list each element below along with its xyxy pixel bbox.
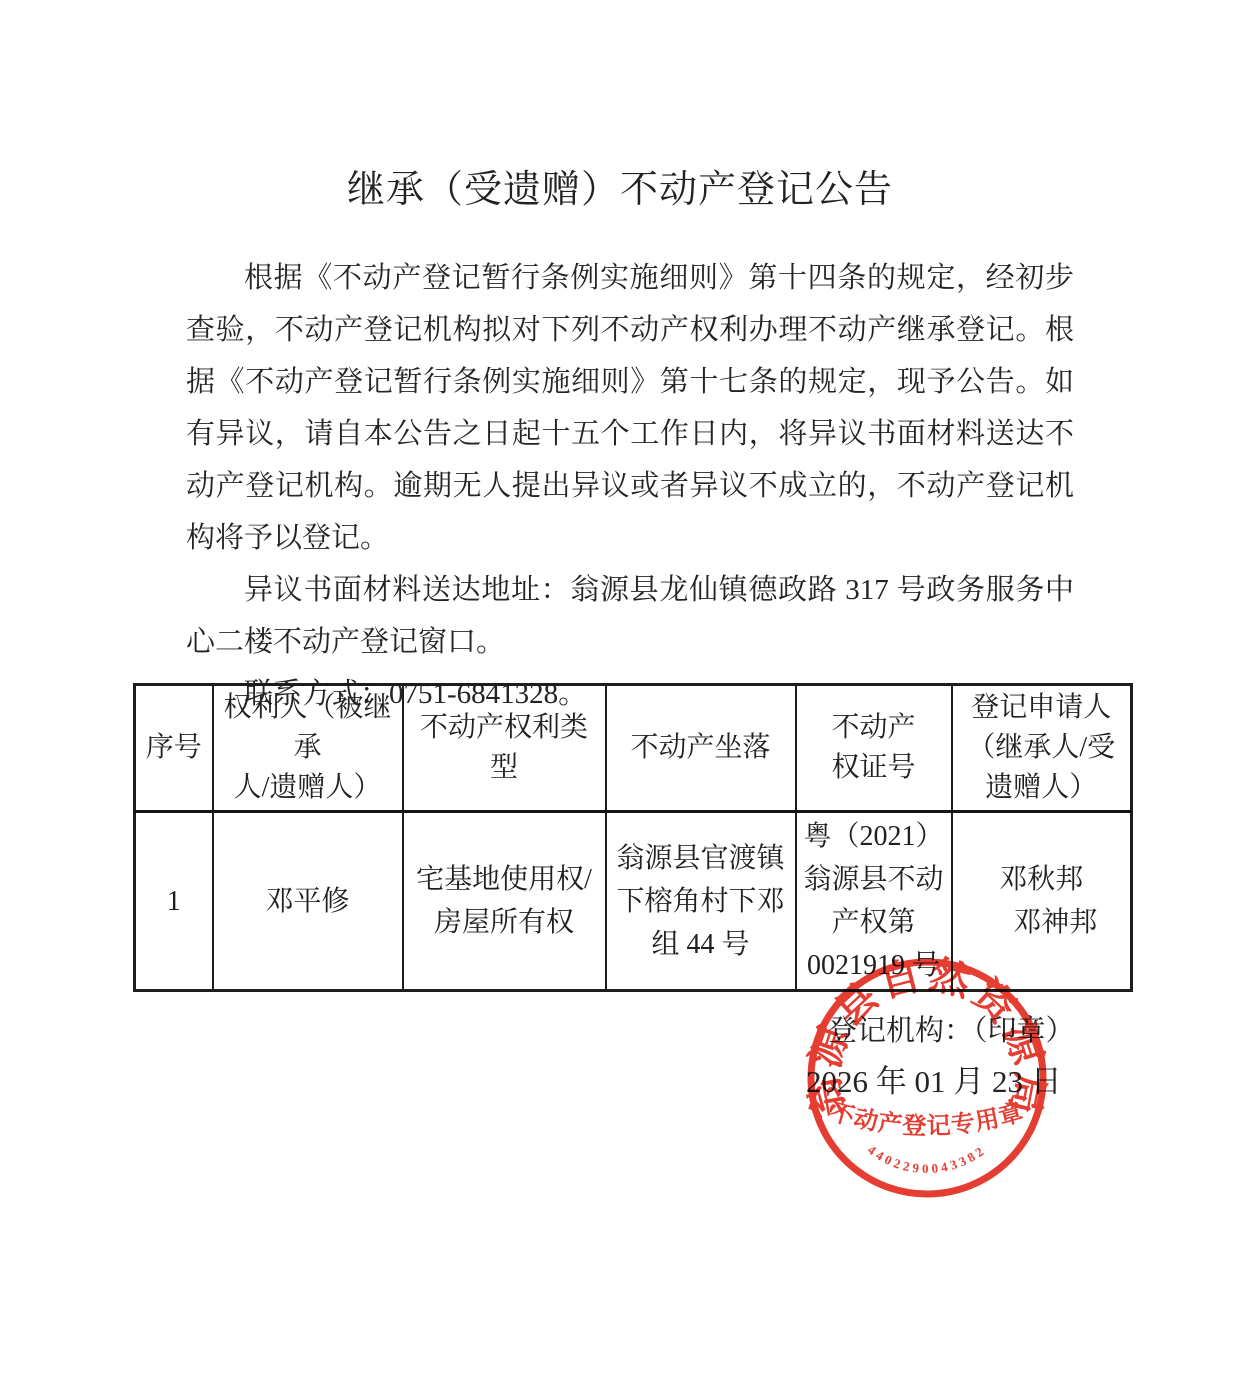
- header-right-type: 不动产权利类型: [403, 685, 606, 812]
- header-applicant: 登记申请人 （继承人/受 遗赠人）: [952, 685, 1132, 812]
- cell-right-holder: 邓平修: [213, 812, 403, 991]
- table-row: 1 邓平修 宅基地使用权/ 房屋所有权 翁源县官渡镇 下榕角村下邓 组 44 号…: [135, 812, 1132, 991]
- header-certificate-number: 不动产 权证号: [796, 685, 952, 812]
- cell-applicant: 邓秋邦 邓神邦: [952, 812, 1132, 991]
- date-line: 2026 年 01 月 23 日: [806, 1056, 1062, 1101]
- cell-location: 翁源县官渡镇 下榕角村下邓 组 44 号: [606, 812, 796, 991]
- cell-certificate-number: 粤（2021） 翁源县不动 产权第 0021919 号: [796, 812, 952, 991]
- cell-right-type: 宅基地使用权/ 房屋所有权: [403, 812, 606, 991]
- header-location: 不动产坐落: [606, 685, 796, 812]
- body-paragraph-address: 异议书面材料送达地址：翁源县龙仙镇德政路 317 号政务服务中心二楼不动产登记窗…: [186, 564, 1074, 668]
- seal-code: 4402290043382: [865, 1142, 989, 1176]
- seal-bottom-text: 不动产登记专用章: [827, 1098, 1027, 1141]
- body-paragraph-legal: 根据《不动产登记暂行条例实施细则》第十四条的规定，经初步查验，不动产登记机构拟对…: [186, 252, 1074, 564]
- page-title: 继承（受遗赠）不动产登记公告: [0, 158, 1240, 213]
- registration-table: 序号 权利人（被继承 人/遗赠人） 不动产权利类型 不动产坐落 不动产 权证号 …: [133, 683, 1133, 992]
- header-serial-number: 序号: [135, 685, 213, 812]
- announcement-body: 根据《不动产登记暂行条例实施细则》第十四条的规定，经初步查验，不动产登记机构拟对…: [186, 252, 1074, 720]
- table-header-row: 序号 权利人（被继承 人/遗赠人） 不动产权利类型 不动产坐落 不动产 权证号 …: [135, 685, 1132, 812]
- registration-authority-line: 登记机构：（印章）: [828, 1008, 1075, 1049]
- cell-serial-number: 1: [135, 812, 213, 991]
- header-right-holder: 权利人（被继承 人/遗赠人）: [213, 685, 403, 812]
